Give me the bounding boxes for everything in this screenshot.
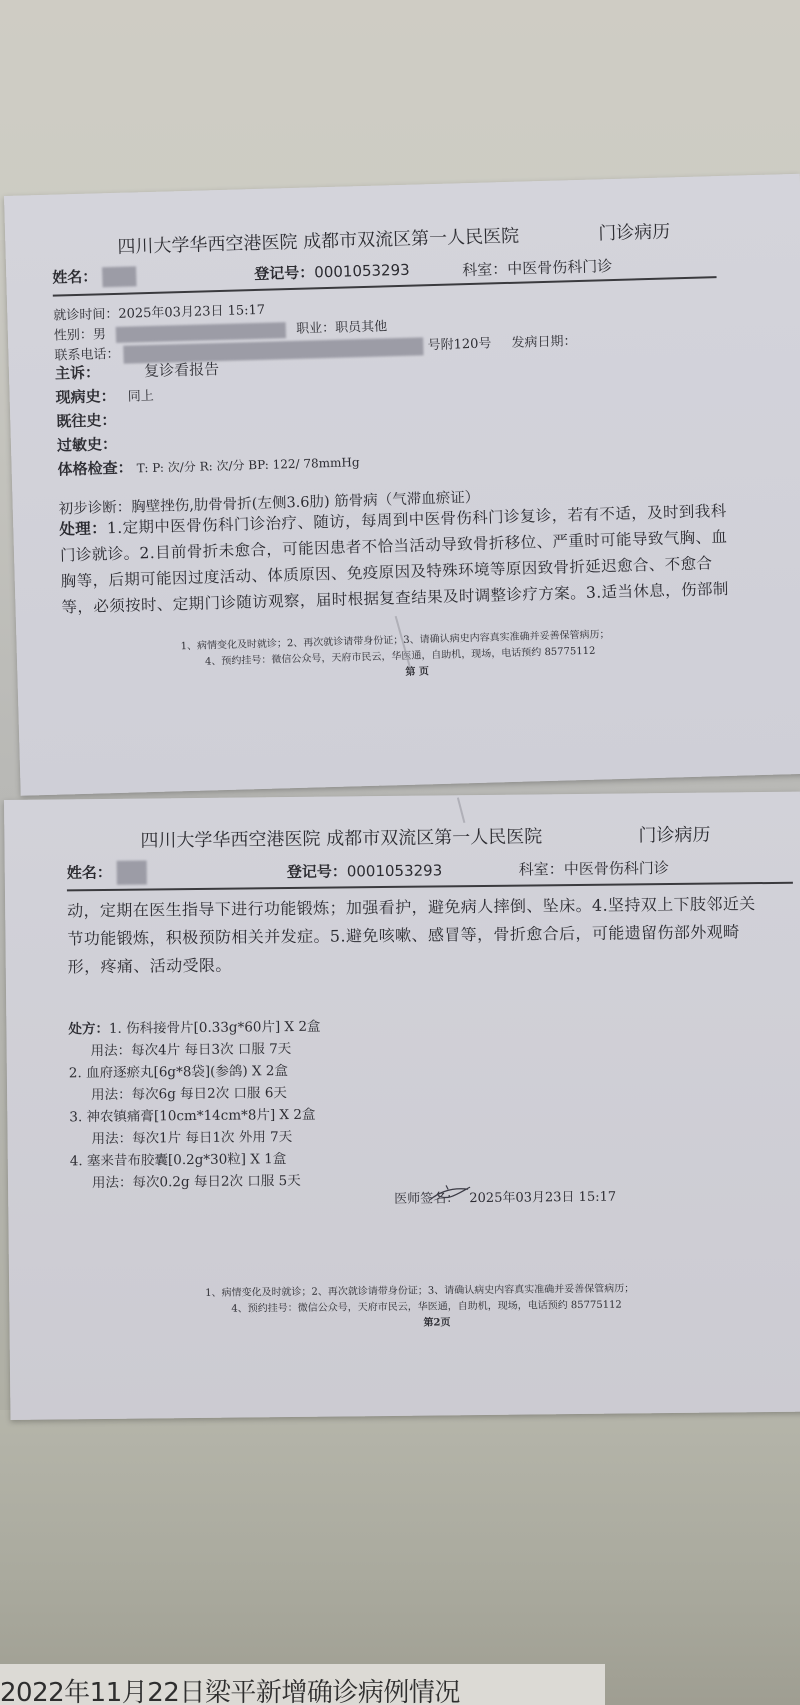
gender-label: 性别： <box>54 328 93 344</box>
chief-complaint-value: 复诊看报告 <box>144 360 219 380</box>
name-label: 姓名： <box>52 267 98 286</box>
footer-notice-2: 4、预约挂号：微信公众号，天府市民云，华医通，自助机，现场，电话预约 85775… <box>231 1296 622 1315</box>
image-caption: 2022年11月22日梁平新增确诊病例情况 <box>0 1672 460 1705</box>
medical-record-page-1: 四川大学华西空港医院 成都市双流区第一人民医院 门诊病历 姓名： 登记号：000… <box>4 174 800 796</box>
dept-label: 科室： <box>519 860 564 878</box>
treatment-label: 处理： <box>59 518 107 538</box>
address-tail: 号附120号 <box>427 336 491 353</box>
occupation-value: 职员其他 <box>335 319 387 335</box>
sign-time: 2025年03月23日 15:17 <box>469 1190 616 1207</box>
visit-time-label: 就诊时间： <box>53 307 118 324</box>
name-redacted <box>116 861 146 885</box>
background-table-bottom <box>0 1410 800 1705</box>
present-illness-label: 现病史： <box>55 387 115 407</box>
reg-no-label: 登记号： <box>254 263 314 283</box>
dept-value: 中医骨伤科门诊 <box>507 257 612 278</box>
exam-label: 体格检查： <box>57 459 132 479</box>
exam-value: T: P: 次/分 R: 次/分 BP: 122/ 78mmHg <box>137 455 360 475</box>
prescription-item-1: 处方：1. 伤科接骨片[0.33g*60片] X 2盒 <box>68 1015 320 1038</box>
present-illness-row: 现病史： 同上 <box>55 384 154 408</box>
chief-complaint-label: 主诉： <box>55 363 101 382</box>
onset-date-label: 发病日期： <box>511 334 576 351</box>
medical-record-page-2: 四川大学华西空港医院 成都市双流区第一人民医院 门诊病历 姓名： 登记号：000… <box>4 792 800 1420</box>
name-redacted <box>102 266 137 287</box>
prescription-usage-3: 用法：每次1片 每日1次 外用 7天 <box>91 1125 292 1147</box>
name-field: 姓名： <box>52 264 136 288</box>
reg-no-field: 登记号：0001053293 <box>254 259 410 284</box>
hospital-name: 四川大学华西空港医院 成都市双流区第一人民医院 <box>117 222 519 259</box>
past-history-row: 既往史： <box>56 409 117 432</box>
dept-label: 科室： <box>462 260 508 279</box>
doctor-signature-row: 医师签名： 2025年03月23日 15:17 <box>394 1186 616 1207</box>
past-history-label: 既往史： <box>56 411 116 431</box>
page-number: 第2页 <box>423 1313 450 1328</box>
reg-no-value: 0001053293 <box>314 261 410 282</box>
chief-complaint-row: 主诉： 复诊看报告 <box>55 358 220 384</box>
prescription-item-text: 1. 伤科接骨片[0.33g*60片] X 2盒 <box>109 1019 321 1037</box>
prescription-usage-2: 用法：每次6g 每日2次 口服 6天 <box>91 1081 287 1103</box>
prescription-item-2: 2. 血府逐瘀丸[6g*8袋](参鸽) X 2盒 <box>69 1059 288 1081</box>
hospital-name: 四川大学华西空港医院 成都市双流区第一人民医院 <box>140 822 542 852</box>
name-label: 姓名： <box>67 863 112 881</box>
record-type: 门诊病历 <box>598 217 671 245</box>
allergy-label: 过敏史： <box>57 435 117 455</box>
name-field: 姓名： <box>67 861 147 886</box>
reg-no-label: 登记号： <box>287 862 347 881</box>
reg-no-field: 登记号：0001053293 <box>287 859 443 882</box>
prescription-item-3: 3. 神农镇痛膏[10cm*14cm*8片] X 2盒 <box>69 1103 315 1126</box>
allergy-row: 过敏史： <box>57 433 118 456</box>
prescription-item-4: 4. 塞来昔布胶囊[0.2g*30粒] X 1盒 <box>70 1147 287 1169</box>
record-type: 门诊病历 <box>638 821 710 848</box>
occupation-label: 职业： <box>296 321 335 337</box>
present-illness-value: 同上 <box>128 389 154 405</box>
paper-crease <box>457 797 465 823</box>
dept-field: 科室：中医骨伤科门诊 <box>462 255 613 280</box>
dept-field: 科室：中医骨伤科门诊 <box>519 857 669 880</box>
dept-value: 中医骨伤科门诊 <box>564 859 669 878</box>
prescription-usage-1: 用法：每次4片 每日3次 口服 7天 <box>91 1037 292 1059</box>
continued-treatment-block: 动，定期在医生指导下进行功能锻炼；加强看护，避免病人摔倒、坠床。4.坚持双上下肢… <box>67 890 798 982</box>
signature-scribble-icon <box>428 1181 474 1203</box>
reg-no-value: 0001053293 <box>347 861 443 880</box>
prescription-label: 处方： <box>68 1021 109 1037</box>
treatment-block: 处理：1.定期中医骨伤科门诊治疗、随访，每周到中医骨伤科门诊复诊，若有不适，及时… <box>59 497 752 620</box>
exam-row: 体格检查： T: P: 次/分 R: 次/分 BP: 122/ 78mmHg <box>57 450 359 479</box>
gender-value: 男 <box>93 327 106 342</box>
prescription-usage-4: 用法：每次0.2g 每日2次 口服 5天 <box>92 1169 301 1191</box>
